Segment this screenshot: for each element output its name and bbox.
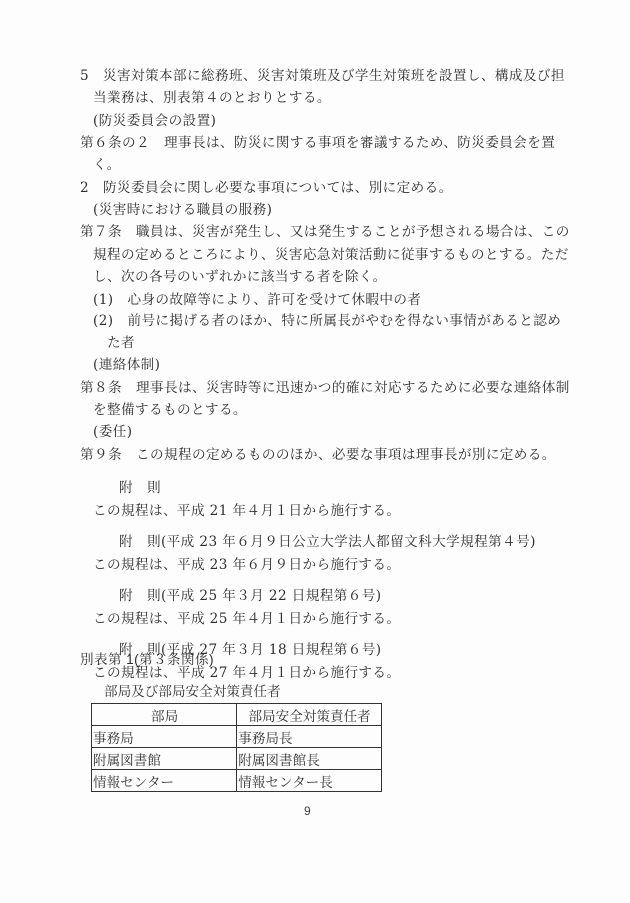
text-line: を整備するものとする。 xyxy=(93,402,247,418)
text-line: 規程の定めるところにより、災害応急対策活動に従事するものとする。ただ xyxy=(93,247,569,263)
section-heading: (災害時における職員の服務) xyxy=(93,202,272,218)
table-caption: 部局及び部局安全対策責任者 xyxy=(104,680,281,700)
table-row: 情報センター 情報センター長 xyxy=(92,770,382,792)
table-row: 附属図書館 附属図書館長 xyxy=(92,748,382,770)
text-line: 当業務は、別表第４のとおりとする。 xyxy=(93,90,331,106)
article-9: 第９条 この規程の定めるもののほか、必要な事項は理事長が別に定める。 xyxy=(80,447,556,463)
text-line: く。 xyxy=(93,157,121,173)
section-heading: (防災委員会の設置) xyxy=(93,113,216,129)
supplementary-heading: 附 則(平成 23 年６月９日公立大学法人都留文科大学規程第４号) xyxy=(119,534,536,550)
section-heading: (連絡体制) xyxy=(93,357,160,373)
supplementary-body: この規程は、平成 21 年４月１日から施行する。 xyxy=(93,503,400,519)
appendix-title: 別表第 1(第３条関係) xyxy=(80,652,214,668)
supplementary-body: この規程は、平成 23 年６月９日から施行する。 xyxy=(93,557,400,573)
article-7: 第７条 職員は、災害が発生し、又は発生することが予想される場合は、この xyxy=(80,224,570,240)
text-line: し、次の各号のいずれかに該当する者を除く。 xyxy=(93,269,387,285)
column-header-department: 部局 xyxy=(92,704,237,726)
supplementary-heading: 附 則(平成 25 年３月 22 日規程第６号) xyxy=(119,588,381,604)
table-cell: 附属図書館 xyxy=(92,748,237,770)
table-cell: 事務局 xyxy=(92,726,237,748)
page-number: 9 xyxy=(304,804,311,818)
table-header-row: 部局 部局安全対策責任者 xyxy=(92,704,382,726)
article-8: 第８条 理事長は、災害時等に迅速かつ的確に対応するために必要な連絡体制 xyxy=(80,380,570,396)
table-cell: 附属図書館長 xyxy=(237,748,382,770)
text-line: 5 災害対策本部に総務班、災害対策班及び学生対策班を設置し、構成及び担 xyxy=(80,68,565,84)
list-item: (2) 前号に掲げる者のほか、特に所属長がやむを得ない事情があると認め xyxy=(93,313,561,329)
column-header-safety-officer: 部局安全対策責任者 xyxy=(237,704,382,726)
text-line: た者 xyxy=(107,335,135,351)
section-heading: (委任) xyxy=(93,424,132,440)
list-item: (1) 心身の故障等により、許可を受けて休暇中の者 xyxy=(93,292,421,308)
article-6-2: 第６条の２ 理事長は、防災に関する事項を審議するため、防災委員会を置 xyxy=(80,135,555,151)
supplementary-body: この規程は、平成 25 年４月１日から施行する。 xyxy=(93,611,400,627)
table-row: 事務局 事務局長 xyxy=(92,726,382,748)
responsibility-table: 部局 部局安全対策責任者 事務局 事務局長 附属図書館 附属図書館長 情報センタ… xyxy=(91,703,382,792)
text-line: 2 防災委員会に関し必要な事項については、別に定める。 xyxy=(80,180,453,196)
table-cell: 情報センター xyxy=(92,770,237,792)
supplementary-heading: 附 則 xyxy=(119,480,161,496)
table-cell: 事務局長 xyxy=(237,726,382,748)
table-cell: 情報センター長 xyxy=(237,770,382,792)
